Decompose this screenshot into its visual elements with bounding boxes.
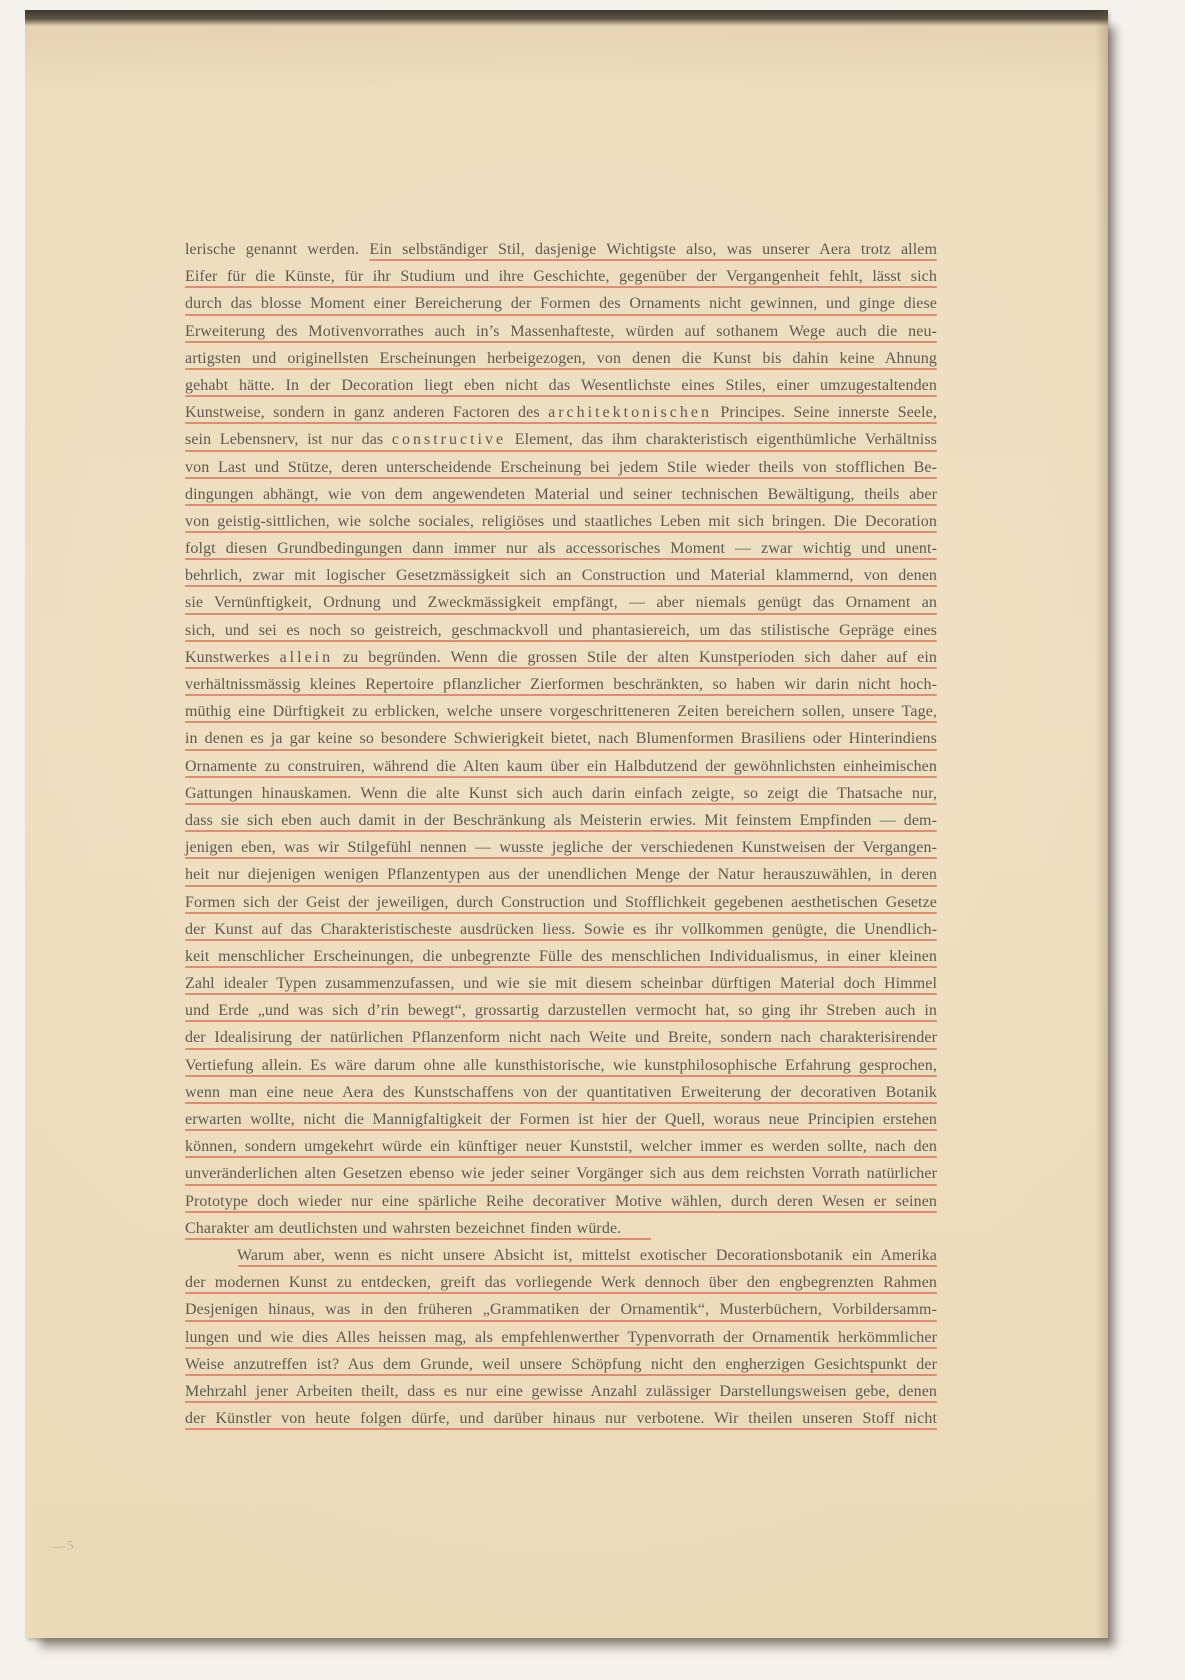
text-line: Zahl idealer Typen zusammenzufassen, und… [185, 970, 937, 997]
red-underline-rule [185, 1156, 937, 1158]
red-underline-rule [185, 885, 937, 887]
text-line: artigsten und originellsten Erscheinunge… [185, 345, 937, 372]
red-underline-rule [185, 776, 937, 778]
text-line: wenn man eine neue Aera des Kunstschaffe… [185, 1079, 937, 1106]
paper-sheet: lerische genannt werden. Ein selbständig… [25, 10, 1108, 1638]
text-line: der modernen Kunst zu entdecken, greift … [185, 1269, 937, 1296]
red-underline-rule [185, 939, 937, 941]
text-line: Mehrzahl jener Arbeiten theilt, dass es … [185, 1378, 937, 1405]
red-underline-rule [185, 1211, 937, 1213]
red-underline-rule [185, 1102, 937, 1104]
red-underline-rule [185, 422, 937, 424]
red-underline-rule [185, 477, 937, 479]
sheet-right-edge-shade [1094, 10, 1108, 1638]
red-underline-rule [185, 1292, 937, 1294]
text-line: lungen und wie dies Alles heissen mag, a… [185, 1324, 937, 1351]
text-line: verhältnissmässig kleines Repertoire pfl… [185, 671, 937, 698]
text-line: der Idealisirung der natürlichen Pflanze… [185, 1024, 937, 1051]
text-line: sie Vernünftigkeit, Ordnung und Zweckmäs… [185, 589, 937, 616]
text-line: unveränderlichen alten Gesetzen ebenso w… [185, 1160, 937, 1187]
text-line: dingungen abhängt, wie von dem angewende… [185, 481, 937, 508]
red-underline-rule [185, 450, 937, 452]
red-underline-rule [185, 993, 937, 995]
red-underline-rule [185, 558, 937, 560]
text-line: Formen sich der Geist der jeweiligen, du… [185, 889, 937, 916]
red-underline-rule [185, 1428, 937, 1430]
text-line: von Last und Stütze, deren unterscheiden… [185, 454, 937, 481]
text-line: folgt diesen Grundbedingungen dann immer… [185, 535, 937, 562]
red-underline-rule [185, 1401, 937, 1403]
text-line: sein Lebensnerv, ist nur das constructiv… [185, 426, 937, 453]
text-line: behrlich, zwar mit logischer Gesetzmässi… [185, 562, 937, 589]
red-underline-rule [185, 1374, 937, 1376]
text-line: lerische genannt werden. Ein selbständig… [185, 236, 937, 263]
red-underline-rule [185, 585, 937, 587]
red-underline-rule [185, 1075, 937, 1077]
red-underline-rule [185, 749, 937, 751]
red-underline-rule [185, 803, 937, 805]
letterspaced-word: allein [280, 649, 334, 666]
text-line: Desjenigen hinaus, was in den früheren „… [185, 1296, 937, 1323]
text-line: von geistig-sittlichen, wie solche socia… [185, 508, 937, 535]
red-underline-rule [185, 1320, 937, 1322]
red-underline-rule [185, 857, 937, 859]
red-underline-rule [185, 1238, 651, 1240]
red-underline-rule [185, 1184, 937, 1186]
text-line: in denen es ja gar keine so besondere Sc… [185, 725, 937, 752]
text-line: Prototype doch wieder nur eine spärliche… [185, 1188, 937, 1215]
sheet-top-edge-shadow [25, 10, 1108, 26]
red-underline-rule [185, 504, 937, 506]
text-line: Ornamente zu construiren, während die Al… [185, 753, 937, 780]
red-underline-rule [185, 613, 937, 615]
red-underline-rule [185, 395, 937, 397]
text-line: Charakter am deutlichsten und wahrsten b… [185, 1215, 937, 1242]
text-line: Weise anzutreffen ist? Aus dem Grunde, w… [185, 1351, 937, 1378]
red-underline-rule [185, 286, 937, 288]
text-block: lerische genannt werden. Ein selbständig… [185, 236, 937, 1432]
text-line: der Kunst auf das Charakteristischeste a… [185, 916, 937, 943]
text-line: Gattungen hinauskamen. Wenn die alte Kun… [185, 780, 937, 807]
text-line: durch das blosse Moment einer Bereicheru… [185, 290, 937, 317]
red-underline-rule [185, 1129, 937, 1131]
text-line: keit menschlicher Erscheinungen, die unb… [185, 943, 937, 970]
red-underline-rule [185, 667, 937, 669]
text-line: müthig eine Dürftigkeit zu erblicken, we… [185, 698, 937, 725]
red-underline-rule [185, 830, 937, 832]
text-line: jenigen eben, was wir Stilgefühl nennen … [185, 834, 937, 861]
red-underline-rule [185, 912, 937, 914]
letterspaced-word: constructive [392, 431, 506, 448]
text-line: erwarten wollte, nicht die Mannigfaltigk… [185, 1106, 937, 1133]
red-underline-rule [185, 1347, 937, 1349]
red-underline-rule [185, 1020, 937, 1022]
red-underline-rule [185, 640, 937, 642]
red-underline-rule [185, 694, 937, 696]
red-underline-rule [185, 314, 937, 316]
pencil-page-mark: —5 [52, 1537, 75, 1554]
text-line: Kunstweise, sondern in ganz anderen Fact… [185, 399, 937, 426]
red-underline-rule [369, 259, 937, 261]
text-line: gehabt hätte. In der Decoration liegt eb… [185, 372, 937, 399]
red-underline-rule [185, 341, 937, 343]
text-line: Warum aber, wenn es nicht unsere Absicht… [185, 1242, 937, 1269]
red-underline-rule [185, 531, 937, 533]
text-line: Vertiefung allein. Es wäre darum ohne al… [185, 1052, 937, 1079]
letterspaced-word: architektonischen [548, 404, 712, 421]
text-line: und Erde „und was sich d’rin bewegt“, gr… [185, 997, 937, 1024]
text-line: der Künstler von heute folgen dürfe, und… [185, 1405, 937, 1432]
red-underline-rule [185, 721, 937, 723]
text-line: dass sie sich eben auch damit in der Bes… [185, 807, 937, 834]
scan-background: { "page": { "kind": "scanned-book-page",… [0, 0, 1185, 1680]
red-underline-rule [238, 1265, 937, 1267]
text-line: Eifer für die Künste, für ihr Studium un… [185, 263, 937, 290]
text-line: Erweiterung des Motivenvorrathes auch in… [185, 318, 937, 345]
red-underline-rule [185, 368, 937, 370]
red-underline-rule [185, 966, 937, 968]
red-underline-rule [185, 1048, 937, 1050]
text-line: sich, und sei es noch so geistreich, ges… [185, 617, 937, 644]
text-line: Kunstwerkes allein zu begründen. Wenn di… [185, 644, 937, 671]
text-line: heit nur diejenigen wenigen Pflanzentype… [185, 861, 937, 888]
text-line: können, sondern umgekehrt würde ein künf… [185, 1133, 937, 1160]
